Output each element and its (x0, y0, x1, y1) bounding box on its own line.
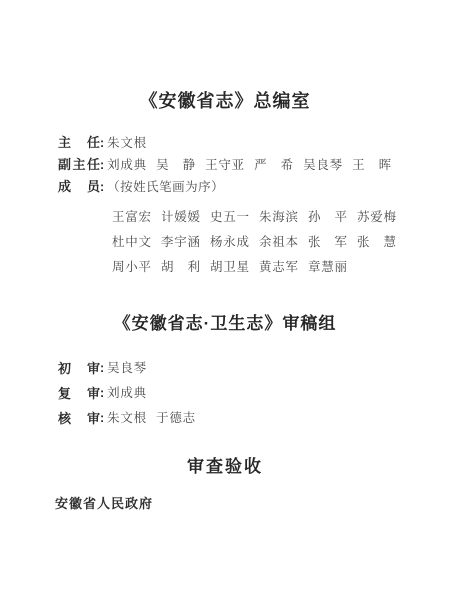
director-row: 主任:朱文根 (58, 132, 450, 154)
second-review-label: 复审 (58, 381, 100, 406)
name-item: 余祖本 (259, 230, 298, 255)
name-item: 周小平 (112, 255, 151, 280)
members-row: 王富宏计媛媛史五一朱海滨孙平苏爱梅 (112, 205, 450, 230)
deputy-director-row: 副主任:刘成典吴静王守亚严希吴良琴王晖 (58, 154, 450, 176)
name-item: 朱文根 (107, 132, 146, 154)
name-item: 刘成典 (107, 381, 146, 406)
label-colon: : (100, 158, 104, 172)
name-item: 于德志 (156, 406, 195, 431)
name-item: 王守亚 (205, 154, 244, 176)
name-item: 孙平 (308, 205, 347, 230)
document-page: 《安徽省志》总编室 主任:朱文根 副主任:刘成典吴静王守亚严希吴良琴王晖 成员:… (0, 0, 450, 614)
name-item: 严希 (254, 154, 293, 176)
final-review-label: 核审 (58, 406, 100, 431)
first-review-row: 初审:吴良琴 (58, 356, 450, 381)
name-item: 刘成典 (107, 154, 146, 176)
government-name: 安徽省人民政府 (0, 478, 450, 512)
members-row-label: 成员:（按姓氏笔画为序） (58, 176, 450, 198)
members-row: 周小平胡利胡卫星黄志军章慧丽 (112, 255, 450, 280)
second-review-row: 复审:刘成典 (58, 381, 450, 406)
label-colon: : (100, 411, 104, 425)
label-colon: : (100, 180, 104, 194)
name-item: 吴良琴 (107, 356, 146, 381)
label-colon: : (100, 361, 104, 375)
sort-order-note: （按姓氏笔画为序） (107, 180, 224, 194)
name-item: 朱文根 (107, 406, 146, 431)
name-item: 李宇涵 (161, 230, 200, 255)
name-item: 章慧丽 (308, 255, 347, 280)
name-item: 计媛媛 (161, 205, 200, 230)
editorial-office-title: 《安徽省志》总编室 (0, 0, 450, 112)
final-review-row: 核审:朱文根于德志 (58, 406, 450, 431)
name-item: 张慧 (357, 230, 396, 255)
name-item: 王晖 (352, 154, 391, 176)
director-label: 主任 (58, 132, 100, 154)
deputy-director-label: 副主任 (58, 154, 100, 176)
name-item: 张军 (308, 230, 347, 255)
editorial-roles: 主任:朱文根 副主任:刘成典吴静王守亚严希吴良琴王晖 成员:（按姓氏笔画为序） (0, 112, 450, 198)
name-item: 王富宏 (112, 205, 151, 230)
name-item: 杨永成 (210, 230, 249, 255)
name-item: 朱海滨 (259, 205, 298, 230)
name-item: 史五一 (210, 205, 249, 230)
name-item: 苏爱梅 (357, 205, 396, 230)
members-label: 成员 (58, 176, 100, 198)
name-item: 杜中文 (112, 230, 151, 255)
review-roles: 初审:吴良琴 复审:刘成典 核审:朱文根于德志 (0, 335, 450, 431)
name-item: 黄志军 (259, 255, 298, 280)
acceptance-title: 审查验收 (0, 431, 450, 478)
label-colon: : (100, 386, 104, 400)
members-row: 杜中文李宇涵杨永成余祖本张军张慧 (112, 230, 450, 255)
members-grid: 王富宏计媛媛史五一朱海滨孙平苏爱梅 杜中文李宇涵杨永成余祖本张军张慧 周小平胡利… (0, 198, 450, 280)
name-item: 胡利 (161, 255, 200, 280)
name-item: 吴静 (156, 154, 195, 176)
label-colon: : (100, 136, 104, 150)
review-group-title: 《安徽省志·卫生志》审稿组 (0, 280, 450, 335)
name-item: 吴良琴 (303, 154, 342, 176)
name-item: 胡卫星 (210, 255, 249, 280)
first-review-label: 初审 (58, 356, 100, 381)
